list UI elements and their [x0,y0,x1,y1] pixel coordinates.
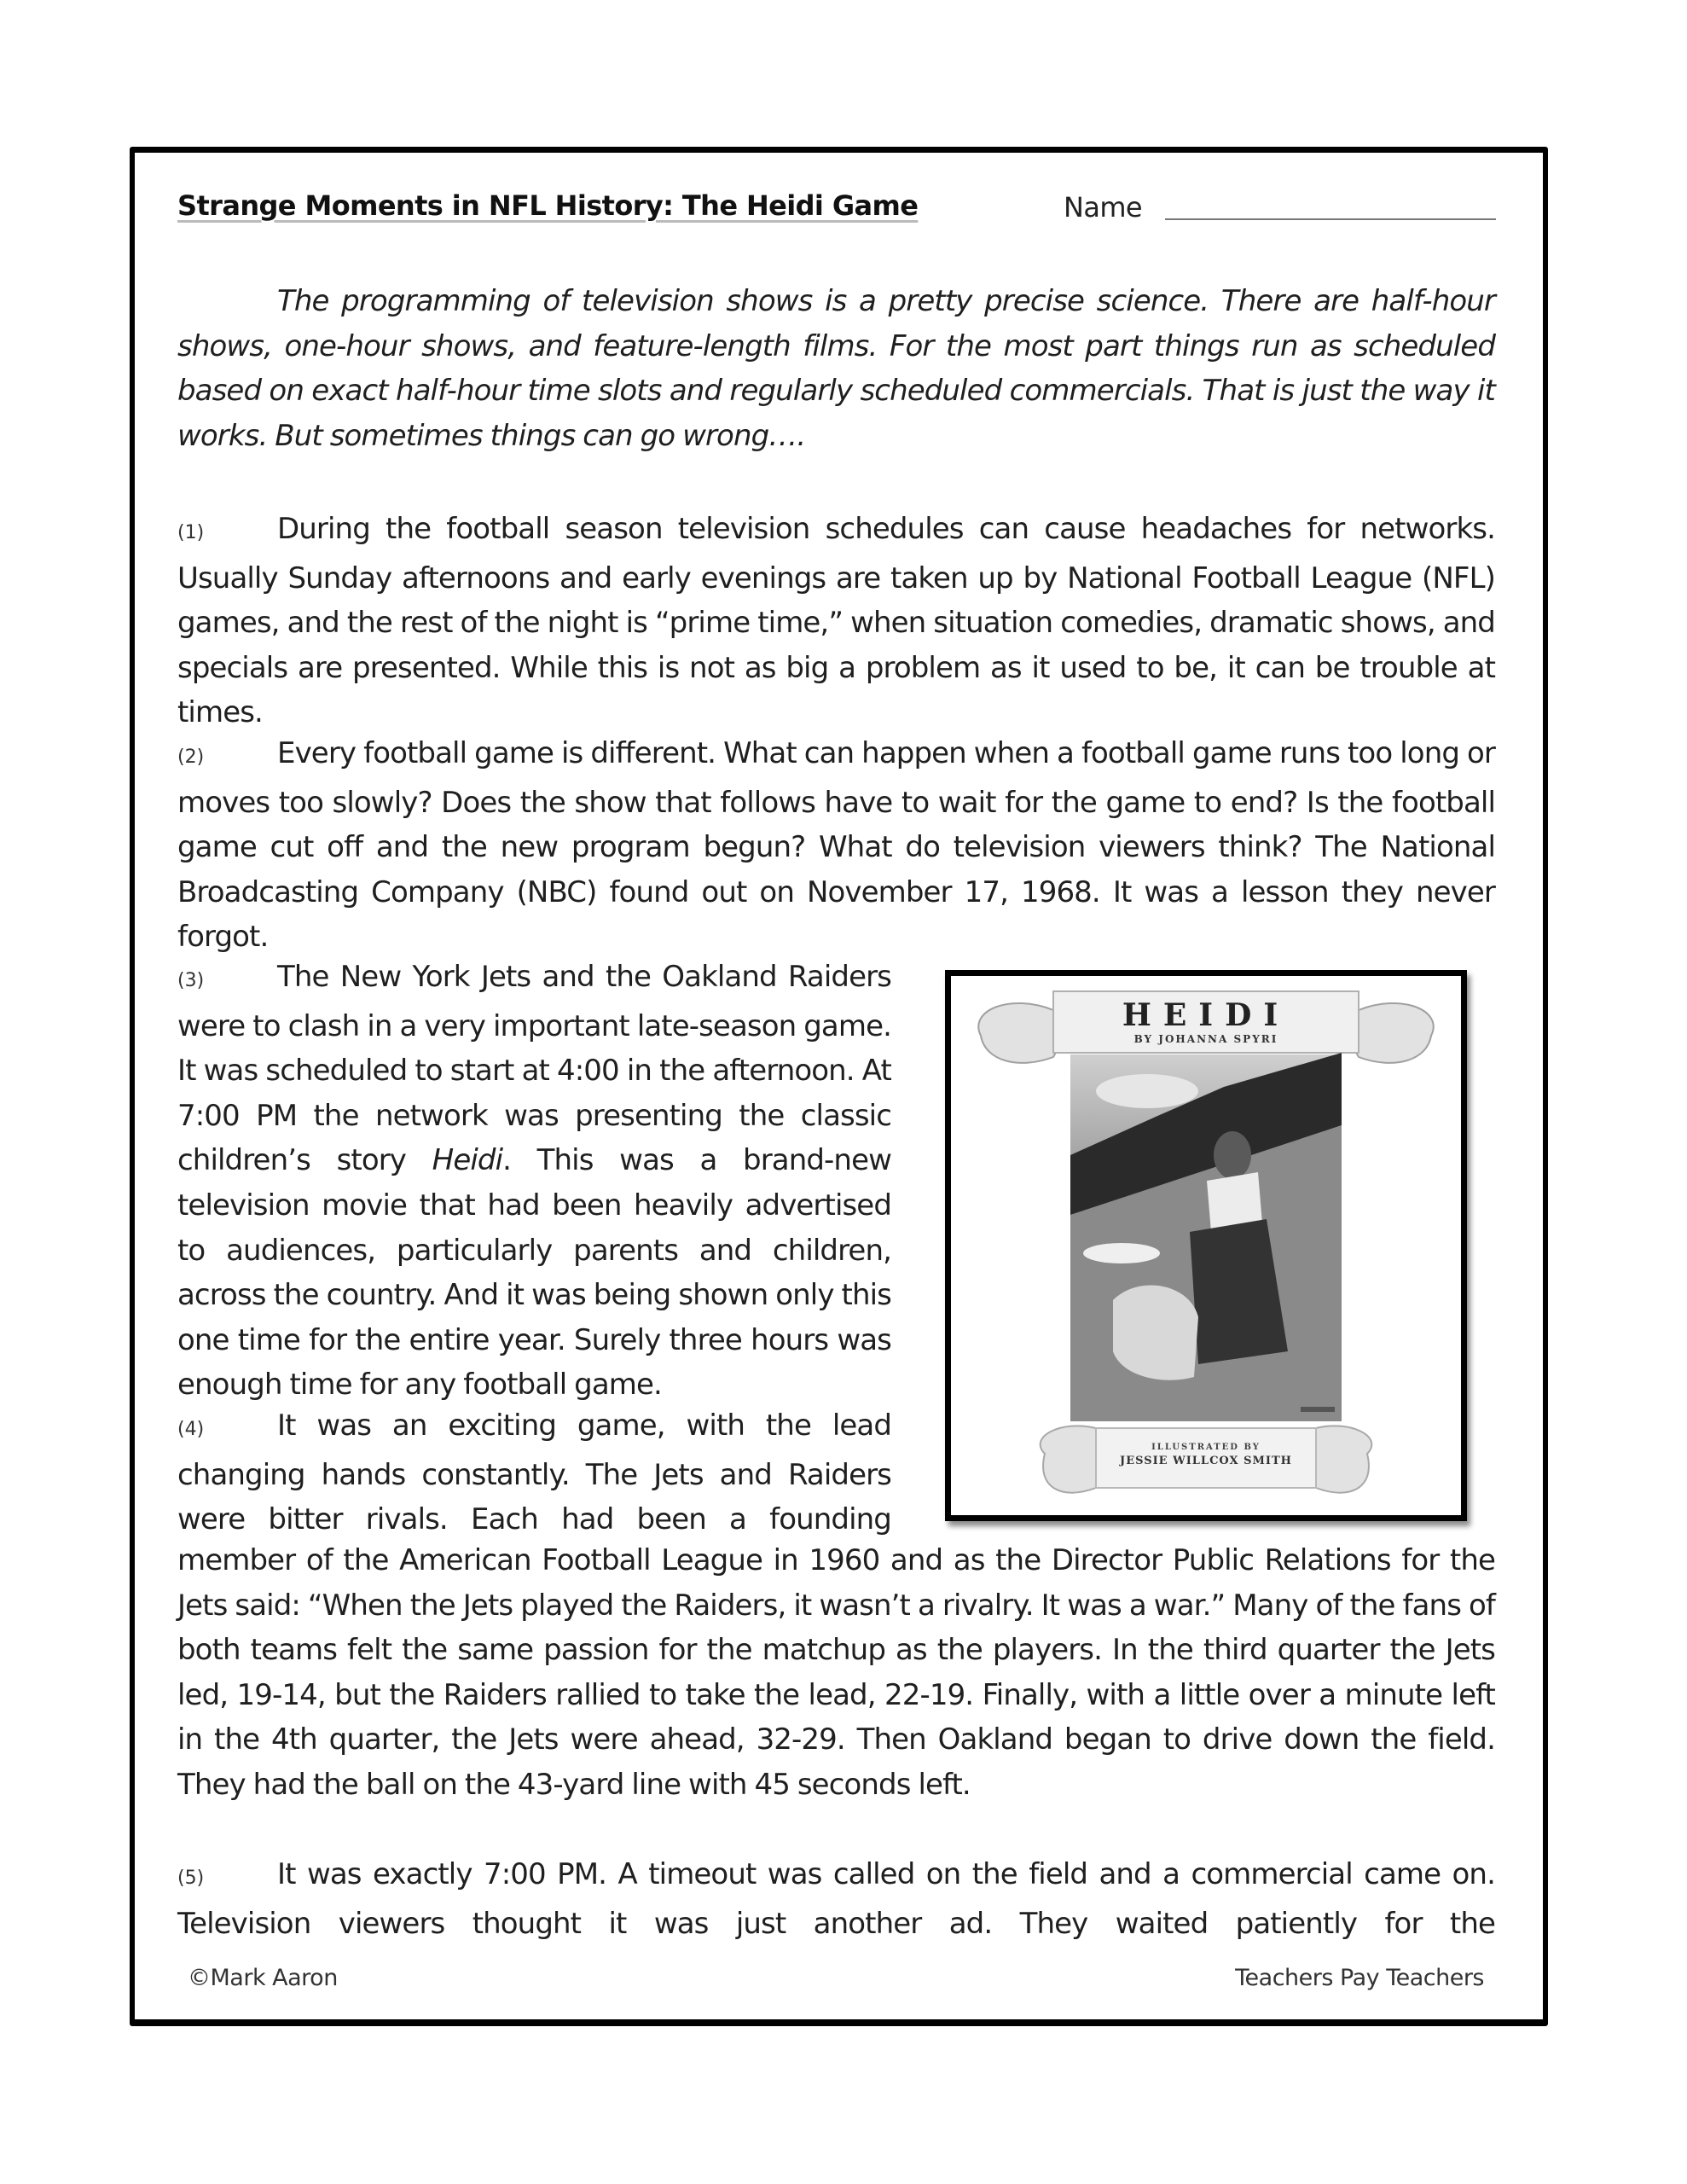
paragraph-5: (5)It was exactly 7:00 PM. A timeout was… [177,1852,1495,1946]
paragraph-text: It was an exciting game, with the lead c… [177,1409,891,1536]
paragraph-text: Every football game is different. What c… [177,736,1495,954]
paragraph-4-cont: member of the American Football League i… [177,1538,1495,1808]
svg-text:HEIDI: HEIDI [1122,997,1290,1033]
intro-paragraph: The programming of television shows is a… [177,279,1495,458]
heidi-book-cover-image: HEIDI BY JOHANNA SPYRI ILLUSTRATED BY JE… [945,970,1467,1521]
paragraph-number: (2) [177,735,277,781]
paragraph-text-cont: . This was a brand-new television movie … [177,1143,891,1402]
svg-text:JESSIE WILLCOX SMITH: JESSIE WILLCOX SMITH [1119,1455,1292,1467]
paragraph-text: It was exactly 7:00 PM. A timeout was ca… [177,1857,1495,1941]
name-field-line[interactable] [1165,218,1496,220]
paragraph-text: member of the American Football League i… [177,1543,1495,1802]
paragraph-2: (2)Every football game is different. Wha… [177,731,1495,960]
header: Strange Moments in NFL History: The Heid… [177,189,1495,232]
paragraph-number: (5) [177,1856,277,1902]
name-label: Name [1064,191,1142,224]
footer-copyright: ©Mark Aaron [188,1965,338,1991]
italic-title: Heidi [432,1143,502,1177]
paragraph-4-wrap: (4)It was an exciting game, with the lea… [177,1403,891,1542]
svg-text:ILLUSTRATED BY: ILLUSTRATED BY [1151,1443,1261,1452]
page-title: Strange Moments in NFL History: The Heid… [177,189,918,222]
paragraph-3: (3)The New York Jets and the Oakland Rai… [177,955,891,1408]
paragraph-text: During the football season television sc… [177,512,1495,729]
paragraph-number: (4) [177,1408,277,1453]
intro-text: The programming of television shows is a… [177,284,1495,453]
svg-text:BY JOHANNA SPYRI: BY JOHANNA SPYRI [1134,1033,1278,1045]
paragraph-number: (1) [177,511,277,556]
paragraph-1: (1)During the football season television… [177,507,1495,735]
footer-publisher: Teachers Pay Teachers [1235,1965,1484,1991]
illustration-icon: HEIDI BY JOHANNA SPYRI ILLUSTRATED BY JE… [951,976,1461,1515]
paragraph-number: (3) [177,959,277,1004]
